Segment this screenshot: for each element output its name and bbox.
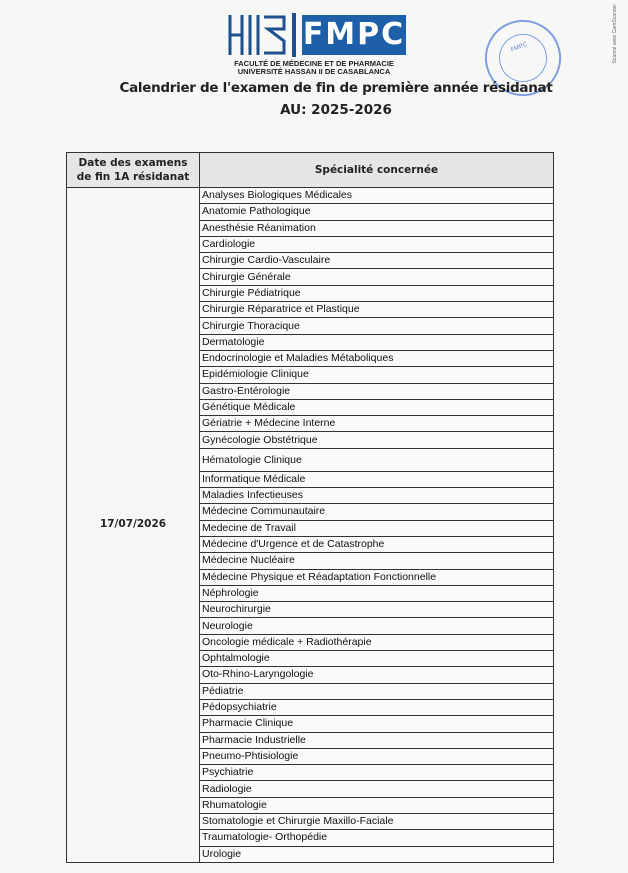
speciality-cell: Médecine Nucléaire xyxy=(200,553,554,569)
speciality-cell: Génétique Médicale xyxy=(200,399,554,415)
speciality-cell: Cardiologie xyxy=(200,236,554,252)
speciality-cell: Gynécologie Obstétrique xyxy=(200,432,554,448)
table-header-row: Date des examens de fin 1A résidanat Spé… xyxy=(67,153,554,188)
table-row: 17/07/2026Analyses Biologiques Médicales xyxy=(67,188,554,204)
speciality-cell: Ophtalmologie xyxy=(200,651,554,667)
speciality-cell: Radiologie xyxy=(200,781,554,797)
logo-divider xyxy=(292,13,296,57)
speciality-cell: Chirurgie Pédiatrique xyxy=(200,285,554,301)
speciality-column-header: Spécialité concernée xyxy=(200,153,554,188)
speciality-cell: Néphrologie xyxy=(200,585,554,601)
date-header-line1: Date des examens xyxy=(79,157,188,169)
fmpc-wordmark: FMPC xyxy=(302,15,406,55)
speciality-cell: Gériatrie + Médecine Interne xyxy=(200,416,554,432)
speciality-cell: Chirurgie Thoracique xyxy=(200,318,554,334)
speciality-cell: Anesthésie Réanimation xyxy=(200,220,554,236)
speciality-cell: Neurochirurgie xyxy=(200,602,554,618)
speciality-cell: Hématologie Clinique xyxy=(200,448,554,471)
speciality-cell: Pédopsychiatrie xyxy=(200,699,554,715)
date-column-header: Date des examens de fin 1A résidanat xyxy=(67,153,200,188)
speciality-cell: Pédiatrie xyxy=(200,683,554,699)
speciality-cell: Pharmacie Clinique xyxy=(200,716,554,732)
university-emblem-icon xyxy=(226,13,288,57)
speciality-cell: Chirurgie Réparatrice et Plastique xyxy=(200,302,554,318)
speciality-cell: Neurologie xyxy=(200,618,554,634)
speciality-cell: Analyses Biologiques Médicales xyxy=(200,188,554,204)
speciality-cell: Chirurgie Générale xyxy=(200,269,554,285)
speciality-cell: Rhumatologie xyxy=(200,797,554,813)
speciality-cell: Pneumo-Phtisiologie xyxy=(200,748,554,764)
exam-schedule-table: Date des examens de fin 1A résidanat Spé… xyxy=(66,152,554,863)
speciality-cell: Maladies Infectieuses xyxy=(200,488,554,504)
speciality-cell: Endocrinologie et Maladies Métaboliques xyxy=(200,350,554,366)
speciality-cell: Urologie xyxy=(200,846,554,862)
document-title: Calendrier de l'examen de fin de premièr… xyxy=(0,80,628,96)
speciality-cell: Oto-Rhino-Laryngologie xyxy=(200,667,554,683)
speciality-cell: Traumatologie- Orthopédie xyxy=(200,830,554,846)
speciality-cell: Stomatologie et Chirurgie Maxillo-Facial… xyxy=(200,813,554,829)
exam-date: 17/07/2026 xyxy=(67,188,200,863)
speciality-cell: Oncologie médicale + Radiothérapie xyxy=(200,634,554,650)
speciality-cell: Médecine Communautaire xyxy=(200,504,554,520)
speciality-cell: Informatique Médicale xyxy=(200,471,554,487)
academic-year: AU: 2025-2026 xyxy=(0,102,628,118)
speciality-cell: Medecine de Travail xyxy=(200,520,554,536)
speciality-cell: Anatomie Pathologique xyxy=(200,204,554,220)
date-header-line2: de fin 1A résidanat xyxy=(77,171,190,183)
speciality-cell: Dermatologie xyxy=(200,334,554,350)
speciality-cell: Epidémiologie Clinique xyxy=(200,367,554,383)
speciality-cell: Psychiatrie xyxy=(200,765,554,781)
speciality-cell: Chirurgie Cardio-Vasculaire xyxy=(200,253,554,269)
speciality-cell: Gastro-Entérologie xyxy=(200,383,554,399)
scanner-watermark: Scanné avec CamScanner xyxy=(612,4,618,63)
speciality-cell: Pharmacie Industrielle xyxy=(200,732,554,748)
speciality-cell: Médecine Physique et Réadaptation Foncti… xyxy=(200,569,554,585)
speciality-cell: Médecine d'Urgence et de Catastrophe xyxy=(200,536,554,552)
